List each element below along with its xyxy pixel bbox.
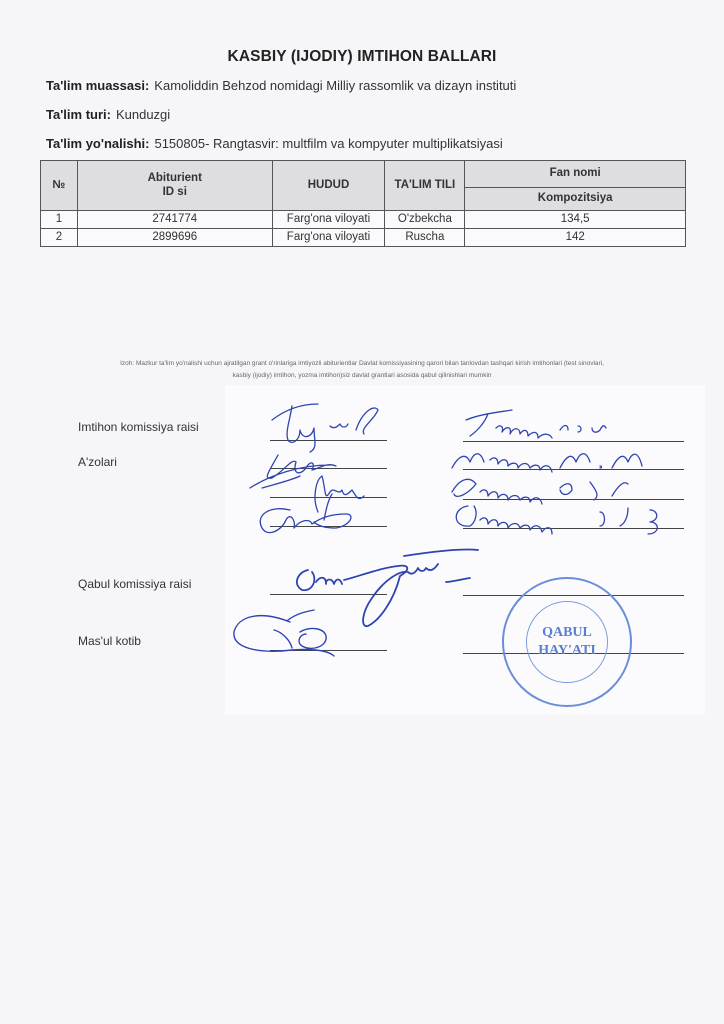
scores-table: № Abiturient ID si HUDUD TA'LIM TILI Fan… — [40, 160, 686, 247]
footnote: Izoh: Mazkur ta'lim yo'nalishi uchun ajr… — [30, 358, 694, 382]
members-label: A'zolari — [78, 455, 117, 469]
specialty-label: Ta'lim yo'nalishi: — [46, 136, 149, 151]
signature-area-background — [225, 385, 705, 715]
signature-line — [270, 650, 387, 651]
signature-line — [270, 468, 387, 469]
table-header-row: № Abiturient ID si HUDUD TA'LIM TILI Fan… — [41, 161, 686, 188]
signature-line — [270, 526, 387, 527]
document-title: KASBIY (IJODIY) IMTIHON BALLARI — [0, 48, 724, 66]
footnote-line2: kasbiy (ijodiy) imtihon, yozma imtihon)s… — [30, 370, 694, 382]
specialty-field: Ta'lim yo'nalishi:5150805- Rangtasvir: m… — [46, 136, 503, 151]
official-stamp: QABUL HAY'ATI — [502, 577, 632, 707]
study-type-field: Ta'lim turi:Kunduzgi — [46, 107, 170, 122]
institution-field: Ta'lim muassasi:Kamoliddin Behzod nomida… — [46, 78, 516, 93]
cell-num: 1 — [41, 211, 78, 229]
study-type-value: Kunduzgi — [116, 107, 170, 122]
admission-chair-label: Qabul komissiya raisi — [78, 577, 191, 591]
cell-score: 134,5 — [465, 211, 686, 229]
cell-id: 2741774 — [77, 211, 272, 229]
institution-value: Kamoliddin Behzod nomidagi Milliy rassom… — [154, 78, 516, 93]
cell-id: 2899696 — [77, 229, 272, 247]
cell-score: 142 — [465, 229, 686, 247]
name-line — [463, 441, 684, 442]
header-applicant-id-line2: ID si — [78, 186, 272, 200]
header-applicant-id-line1: Abiturient — [78, 172, 272, 186]
name-line — [463, 499, 684, 500]
stamp-text-line2: HAY'ATI — [504, 643, 630, 659]
header-num: № — [41, 161, 78, 211]
exam-chair-label: Imtihon komissiya raisi — [78, 420, 199, 434]
signature-line — [270, 497, 387, 498]
header-language: TA'LIM TILI — [385, 161, 465, 211]
name-line — [463, 469, 684, 470]
study-type-label: Ta'lim turi: — [46, 107, 111, 122]
cell-language: O'zbekcha — [385, 211, 465, 229]
signature-line — [270, 440, 387, 441]
name-line — [463, 528, 684, 529]
specialty-value: 5150805- Rangtasvir: multfilm va kompyut… — [154, 136, 502, 151]
signature-line — [270, 594, 387, 595]
header-applicant-id: Abiturient ID si — [77, 161, 272, 211]
cell-region: Farg'ona viloyati — [272, 211, 385, 229]
institution-label: Ta'lim muassasi: — [46, 78, 149, 93]
table-row: 1 2741774 Farg'ona viloyati O'zbekcha 13… — [41, 211, 686, 229]
stamp-text-line1: QABUL — [504, 625, 630, 641]
cell-region: Farg'ona viloyati — [272, 229, 385, 247]
cell-language: Ruscha — [385, 229, 465, 247]
table-row: 2 2899696 Farg'ona viloyati Ruscha 142 — [41, 229, 686, 247]
header-region: HUDUD — [272, 161, 385, 211]
stamp-inner-ring — [526, 601, 608, 683]
header-subject-group: Fan nomi — [465, 161, 686, 188]
header-subject: Kompozitsiya — [465, 188, 686, 211]
footnote-line1: Izoh: Mazkur ta'lim yo'nalishi uchun ajr… — [30, 358, 694, 370]
secretary-label: Mas'ul kotib — [78, 634, 141, 648]
cell-num: 2 — [41, 229, 78, 247]
